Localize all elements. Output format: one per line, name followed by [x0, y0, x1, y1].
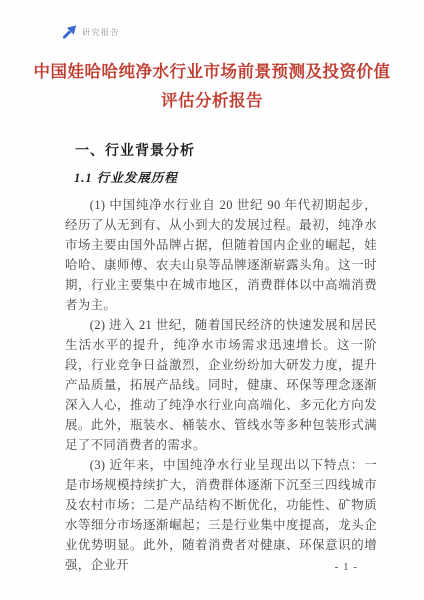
page-number: - 1 -	[335, 561, 358, 573]
arrow-up-right-icon	[62, 25, 77, 39]
report-title: 中国娃哈哈纯净水行业市场前景预测及投资价值评估分析报告	[26, 58, 398, 116]
logo-text: 研究报告	[82, 27, 120, 38]
brand-logo: 研究报告	[62, 25, 120, 39]
section-heading: 一、行业背景分析	[75, 140, 377, 160]
subsection-heading: 1.1 行业发展历程	[74, 168, 377, 186]
report-body: 一、行业背景分析 1.1 行业发展历程 (1) 中国纯净水行业自 20 世纪 9…	[65, 140, 377, 575]
paragraph-1: (1) 中国纯净水行业自 20 世纪 90 年代初期起步，经历了从无到有、从小到…	[65, 195, 377, 315]
paragraph-3: (3) 近年来，中国纯净水行业呈现出以下特点：一是市场规模持续扩大，消费群体逐渐…	[65, 455, 377, 575]
paragraph-2: (2) 进入 21 世纪，随着国民经济的快速发展和居民生活水平的提升，纯净水市场…	[65, 315, 377, 455]
report-page: 研究报告 中国娃哈哈纯净水行业市场前景预测及投资价值评估分析报告 一、行业背景分…	[0, 0, 424, 600]
